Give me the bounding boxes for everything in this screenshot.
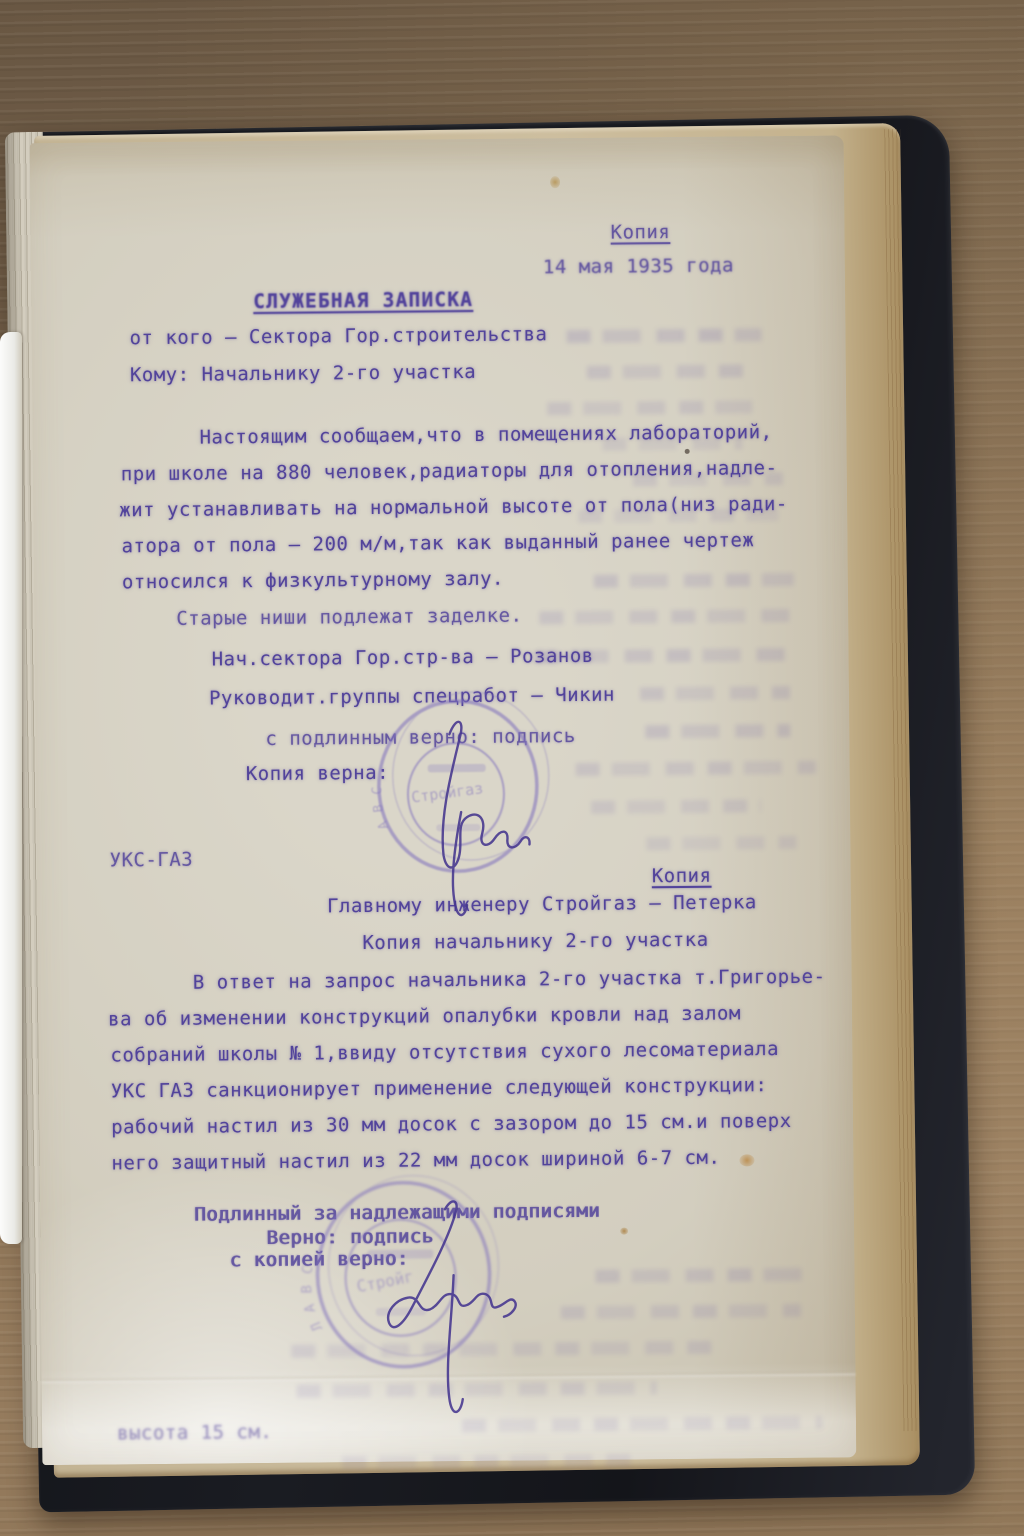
- paper-stain: [739, 1154, 754, 1166]
- footer-faint-line: высота 15 см.: [117, 1421, 272, 1445]
- stamp1-arc-text: АВС: [370, 777, 393, 831]
- bleed-through-text: [547, 400, 752, 415]
- handwritten-signature-1: [442, 721, 531, 915]
- paper-stain: [620, 1228, 628, 1235]
- bleed-through-text: [640, 686, 790, 700]
- bleed-through-text: [539, 609, 789, 624]
- bleed-through-text: [587, 364, 752, 379]
- bleed-through-text: [561, 1304, 801, 1319]
- bleed-through-text: [646, 836, 796, 850]
- copy-label: Копия: [610, 221, 670, 245]
- stamp2-arc-text: ЛАВС: [299, 1254, 326, 1333]
- memo1-signature-line1: Нач.сектора Гор.стр-ва – Розанов: [212, 645, 594, 672]
- round-stamp-1: АВС Стройгаз: [365, 683, 588, 1015]
- memo2-org-label: УКС-ГАЗ: [109, 849, 193, 873]
- bleed-through-text: [596, 1268, 806, 1283]
- round-stamp-2: ЛАВС Стройг: [294, 1156, 568, 1529]
- memo1-body-line: относился к физкультурному залу.: [122, 568, 504, 595]
- bleed-through-text: [645, 724, 790, 738]
- handwritten-signature-2: [387, 1201, 517, 1413]
- memo1-note-line: Старые ниши подлежат заделке.: [176, 605, 522, 631]
- memo2-body-line: УКС ГАЗ санкционирует применение следующ…: [111, 1074, 768, 1103]
- memo1-to-line: Кому: Начальнику 2-го участка: [130, 361, 476, 387]
- date-line: 14 мая 1935 года: [543, 254, 734, 279]
- paper-stain: [685, 449, 690, 454]
- document-page: Копия 14 мая 1935 года СЛУЖЕБНАЯ ЗАПИСКА…: [30, 135, 857, 1465]
- memo1-from-line: от кого – Сектора Гор.строительства: [129, 323, 547, 350]
- bleed-through-text: [567, 328, 762, 343]
- memo2-body-line: собраний школы № 1,ввиду отсутствия сухо…: [110, 1038, 779, 1067]
- bleed-through-text: [594, 573, 794, 588]
- archival-photo: Копия 14 мая 1935 года СЛУЖЕБНАЯ ЗАПИСКА…: [0, 0, 1024, 1536]
- memo2-copy-label: Копия: [652, 865, 712, 889]
- bleed-through-text: [576, 761, 816, 776]
- paper-stain: [550, 176, 560, 188]
- memo1-body-line: атора от пола – 200 м/м,так как выданный…: [121, 529, 754, 558]
- bleed-through-text: [591, 799, 761, 814]
- memo2-body-line: рабочий настил из 30 мм досок с зазором …: [111, 1110, 792, 1140]
- stamp2-center-text: Стройг: [355, 1267, 415, 1296]
- page-edges-white: [0, 332, 22, 1244]
- memo1-title: СЛУЖЕБНАЯ ЗАПИСКА: [253, 288, 473, 313]
